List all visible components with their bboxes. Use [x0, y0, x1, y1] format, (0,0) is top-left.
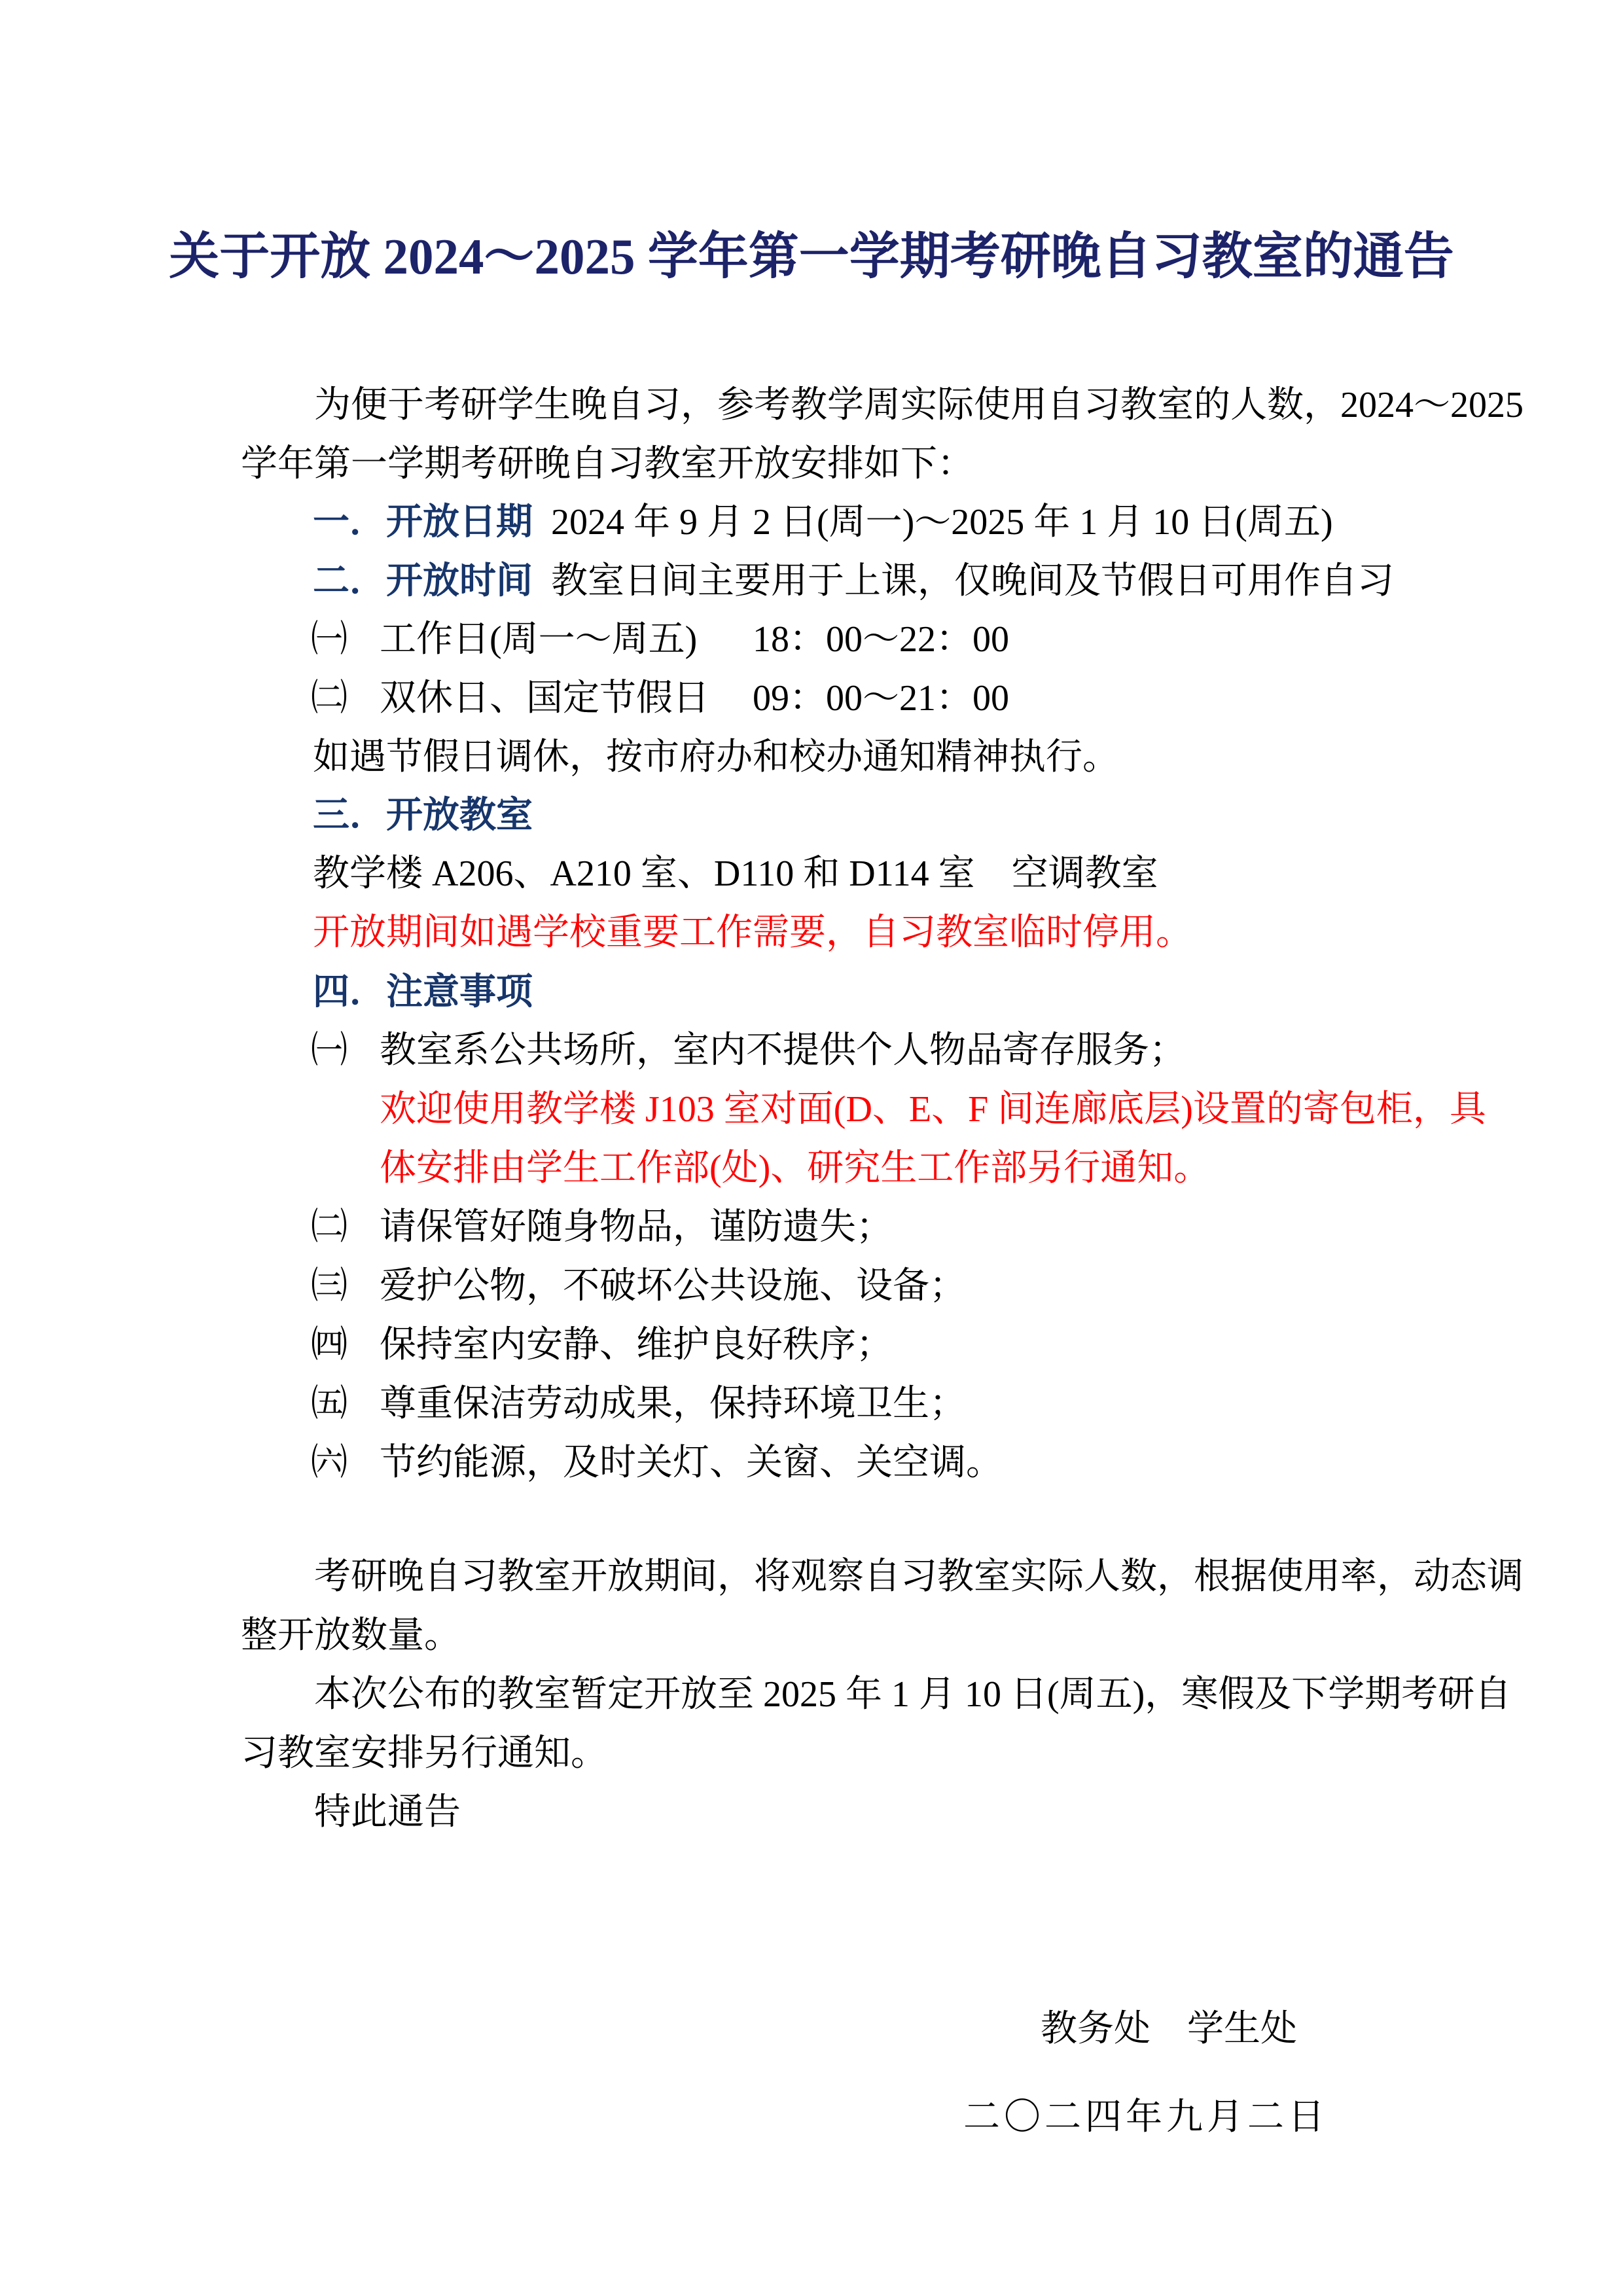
item-text: 教室系公共场所，室内不提供个人物品寄存服务； [380, 1030, 1186, 1071]
notice-item-1-red-cont-2: 体安排由学生工作部(处)、研究生工作部另行通知。 [380, 1147, 1210, 1189]
section-2-heading: 二．开放时间 [313, 560, 533, 601]
section-1-open-dates: 一．开放日期2024 年 9 月 2 日(周一)～2025 年 1 月 10 日… [313, 501, 1333, 543]
hours-time: 09：00～21：00 [753, 678, 1009, 719]
item-marker: ㈤ [311, 1383, 380, 1425]
item-text: 保持室内安静、维护良好秩序； [380, 1325, 893, 1365]
intro-line-2: 学年第一学期考研晚自习教室开放安排如下： [241, 443, 974, 485]
section-3-rooms: 教学楼 A206、A210 室、D110 和 D114 室 空调教室 [313, 853, 1158, 895]
section-4-heading: 四．注意事项 [313, 971, 533, 1013]
notice-item-4: ㈣保持室内安静、维护良好秩序； [311, 1324, 893, 1366]
item-marker: ㈡ [311, 677, 380, 719]
item-marker: ㈥ [311, 1442, 380, 1484]
section-2-open-hours: 二．开放时间教室日间主要用于上课，仅晚间及节假日可用作自习 [313, 560, 1394, 602]
item-text: 节约能源，及时关灯、关窗、关空调。 [380, 1443, 1003, 1483]
holiday-note: 如遇节假日调休，按市府办和校办通知精神执行。 [313, 736, 1119, 778]
intro-line-1: 为便于考研学生晚自习，参考教学周实际使用自习教室的人数，2024～2025 [314, 384, 1524, 426]
notice-page: 关于开放 2024～2025 学年第一学期考研晚自习教室的通告 为便于考研学生晚… [0, 0, 1623, 2296]
hours-label: 双休日、国定节假日 [380, 677, 753, 719]
closing-paragraph-2-line-2: 习教室安排另行通知。 [241, 1732, 607, 1774]
section-1-value: 2024 年 9 月 2 日(周一)～2025 年 1 月 10 日(周五) [551, 502, 1333, 543]
closing-paragraph-1-line-1: 考研晚自习教室开放期间，将观察自习教室实际人数，根据使用率，动态调 [314, 1556, 1524, 1598]
hours-item-weekend: ㈡双休日、国定节假日09：00～21：00 [311, 677, 1009, 719]
notice-item-6: ㈥节约能源，及时关灯、关窗、关空调。 [311, 1442, 1003, 1484]
item-marker: ㈡ [311, 1206, 380, 1248]
item-text: 爱护公物，不破坏公共设施、设备； [380, 1266, 966, 1306]
notice-item-1: ㈠教室系公共场所，室内不提供个人物品寄存服务； [311, 1030, 1186, 1071]
hours-time: 18：00～22：00 [753, 619, 1009, 660]
notice-item-3: ㈢爱护公物，不破坏公共设施、设备； [311, 1265, 966, 1307]
closing-statement: 特此通告 [314, 1791, 461, 1833]
hours-label: 工作日(周一～周五) [380, 619, 753, 660]
section-2-value: 教室日间主要用于上课，仅晚间及节假日可用作自习 [551, 561, 1394, 601]
item-marker: ㈠ [311, 1030, 380, 1071]
section-3-warning: 开放期间如遇学校重要工作需要，自习教室临时停用。 [313, 912, 1192, 954]
item-text: 请保管好随身物品，谨防遗失； [380, 1207, 893, 1247]
notice-item-5: ㈤尊重保洁劳动成果，保持环境卫生； [311, 1383, 966, 1425]
notice-title: 关于开放 2024～2025 学年第一学期考研晚自习教室的通告 [0, 228, 1623, 286]
item-marker: ㈣ [311, 1324, 380, 1366]
signature-departments: 教务处 学生处 [1041, 2008, 1297, 2050]
item-marker: ㈠ [311, 619, 380, 660]
closing-paragraph-1-line-2: 整开放数量。 [241, 1615, 461, 1657]
section-3-heading: 三．开放教室 [313, 794, 533, 836]
section-1-heading: 一．开放日期 [313, 501, 533, 542]
item-marker: ㈢ [311, 1265, 380, 1307]
signature-date: 二〇二四年九月二日 [963, 2096, 1329, 2138]
notice-item-2: ㈡请保管好随身物品，谨防遗失； [311, 1206, 893, 1248]
hours-item-weekday: ㈠工作日(周一～周五)18：00～22：00 [311, 619, 1009, 660]
notice-item-1-red-cont-1: 欢迎使用教学楼 J103 室对面(D、E、F 间连廊底层)设置的寄包柜，具 [380, 1088, 1486, 1130]
item-text: 尊重保洁劳动成果，保持环境卫生； [380, 1384, 966, 1424]
closing-paragraph-2-line-1: 本次公布的教室暂定开放至 2025 年 1 月 10 日(周五)，寒假及下学期考… [314, 1674, 1511, 1715]
